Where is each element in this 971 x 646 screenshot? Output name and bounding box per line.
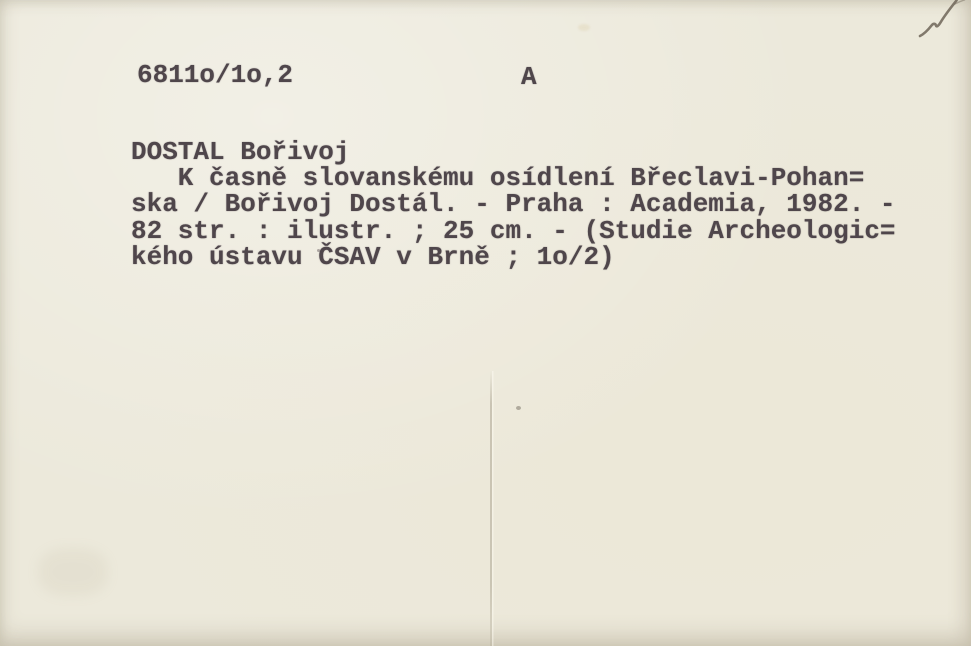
section-letter: A [521, 62, 537, 92]
entry-line-title: K časně slovanskému osídlení Břeclavi-Po… [131, 165, 896, 191]
entry-line-series: kého ústavu ČSAV v Brně ; 1o/2) [131, 244, 896, 270]
entry-line-imprint: ska / Bořivoj Dostál. - Praha : Academia… [131, 191, 896, 217]
paper-crease [490, 371, 492, 646]
handwritten-checkmark-icon [909, 0, 971, 46]
entry-line-heading: DOSTAL Bořivoj [131, 139, 896, 165]
ink-speck [317, 249, 320, 252]
ink-speck [516, 406, 521, 410]
entry-line-collation: 82 str. : ilustr. ; 25 cm. - (Studie Arc… [131, 218, 896, 244]
catalog-card: 6811o/1o,2 A DOSTAL Bořivoj K časně slov… [0, 0, 971, 646]
call-number: 6811o/1o,2 [137, 60, 293, 90]
paper-stain [578, 24, 590, 31]
catalog-entry: DOSTAL Bořivoj K časně slovanskému osídl… [131, 139, 896, 270]
paper-stain [38, 548, 108, 596]
